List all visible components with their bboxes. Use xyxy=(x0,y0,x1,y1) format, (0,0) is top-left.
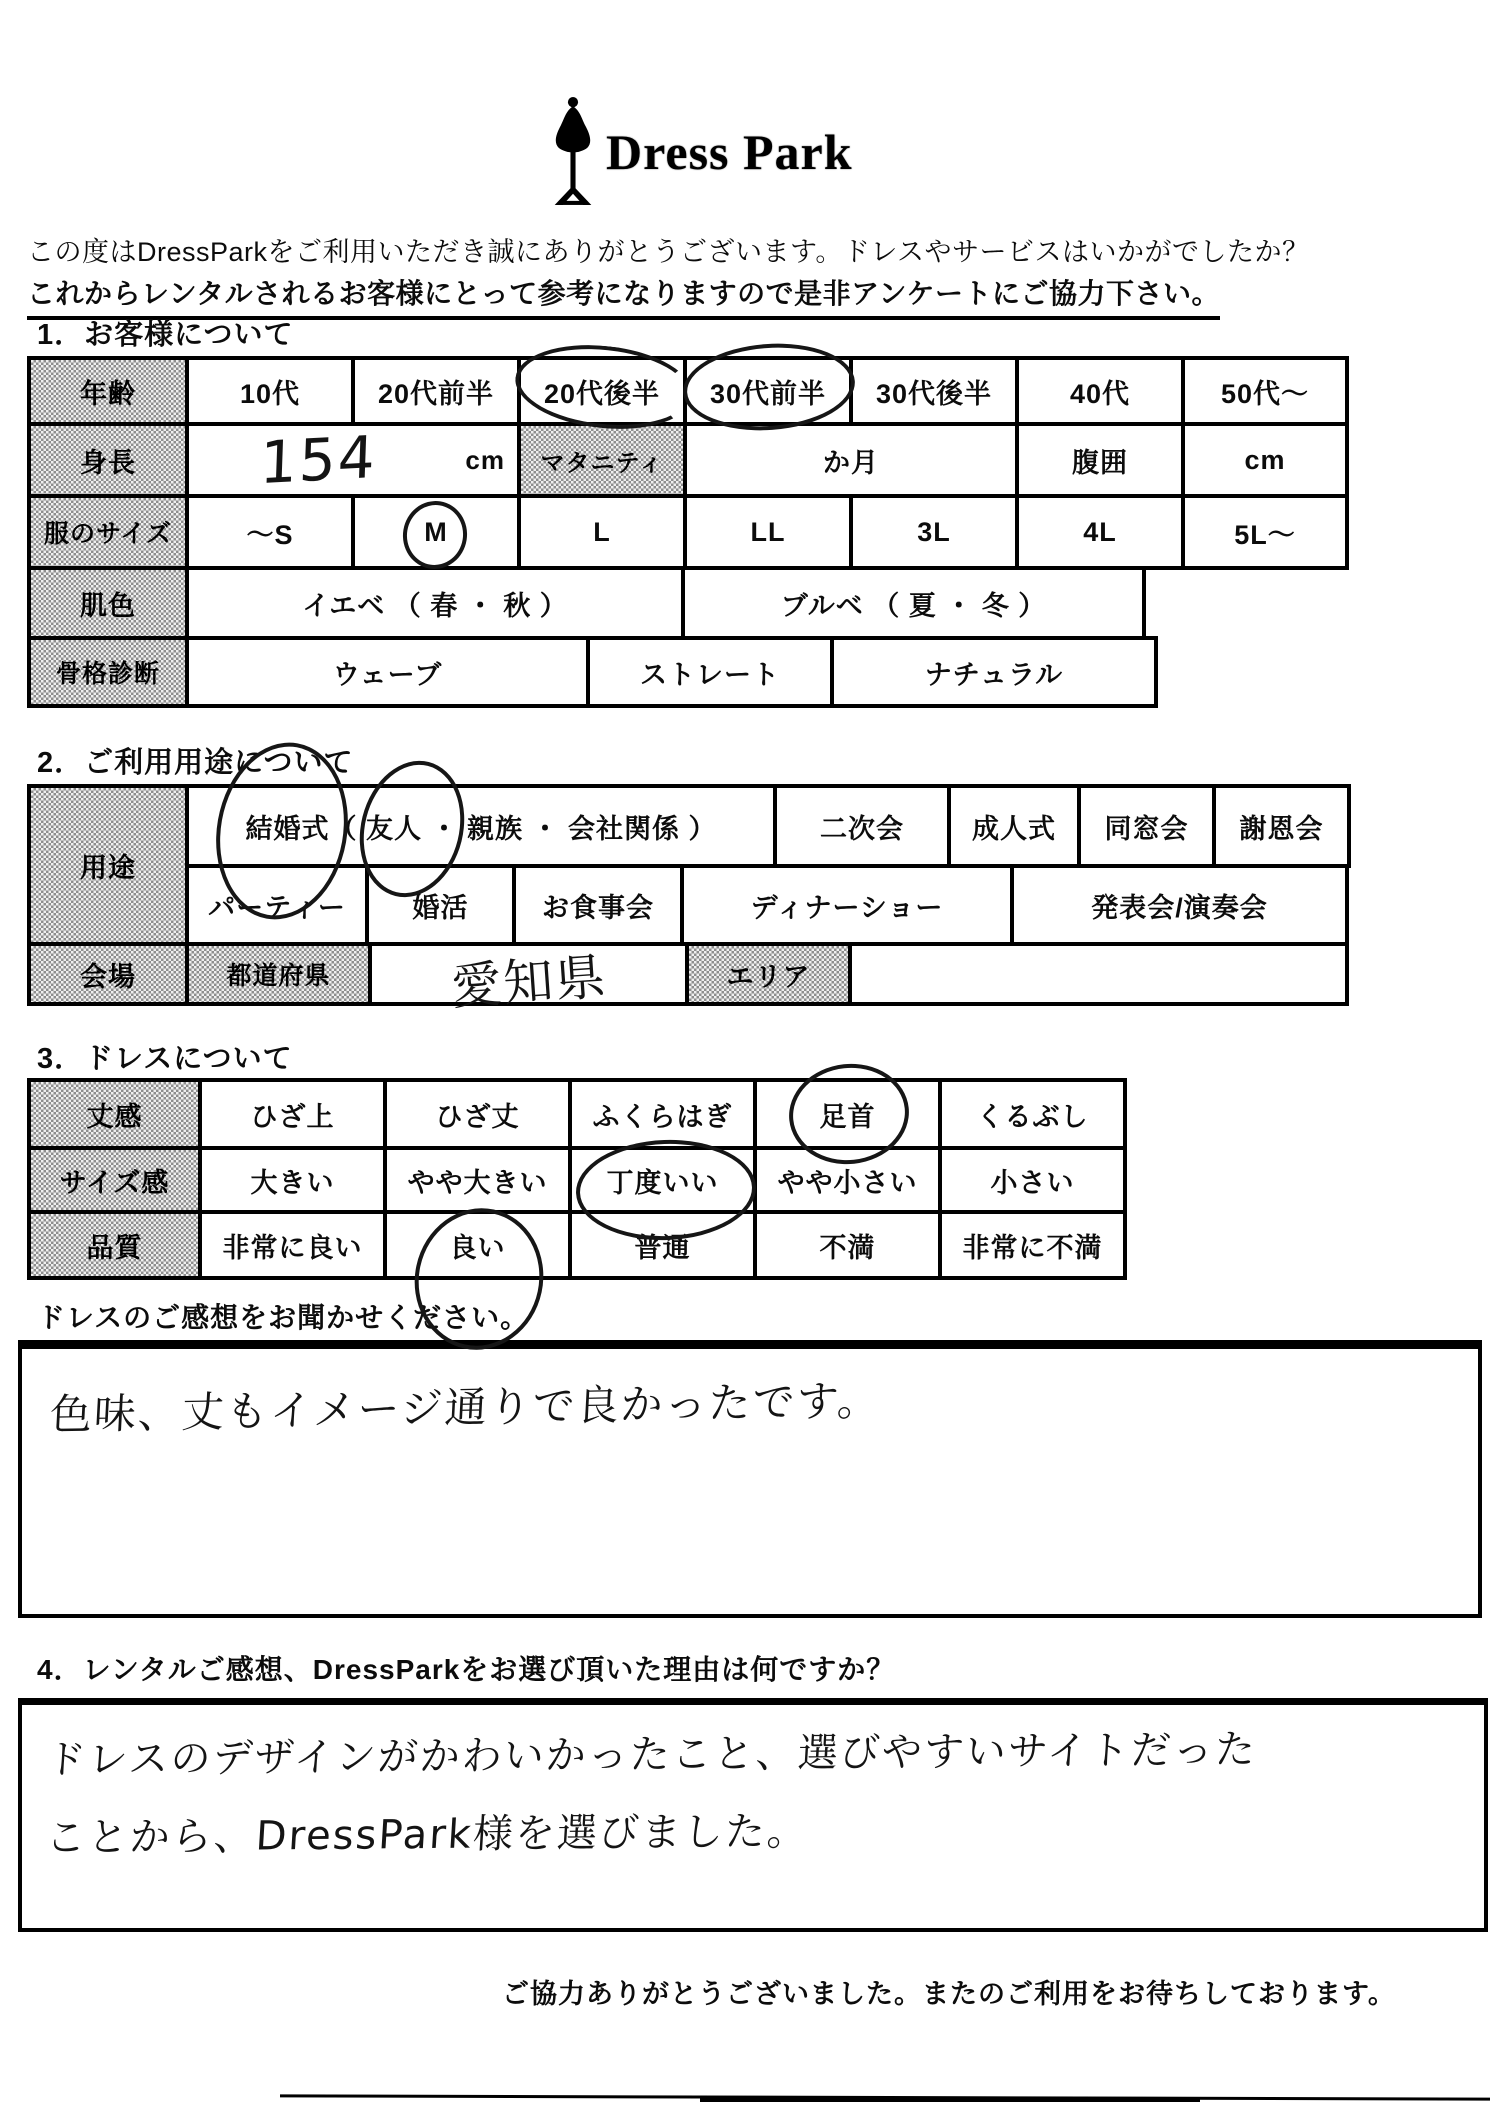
purpose-option-cell: 発表会/演奏会 xyxy=(1010,864,1349,946)
area-value-cell xyxy=(848,942,1349,1006)
height-unit: cm xyxy=(465,445,505,476)
purpose-row2: パーティー 婚活 お食事会 ディナーショー 発表会/演奏会 xyxy=(185,864,1351,946)
usage-table: 用途 結婚式（ 友人 ・ 親族 ・ 会社関係 ） 二次会 成人式 同窓会 謝恩会… xyxy=(27,784,1351,1006)
maternity-months-cell: か月 xyxy=(683,422,1019,498)
skin-option-cell: ブルベ （ 夏 ・ 冬 ） xyxy=(681,566,1146,640)
purpose-row1: 結婚式（ 友人 ・ 親族 ・ 会社関係 ） 二次会 成人式 同窓会 謝恩会 xyxy=(185,784,1351,868)
area-label-cell: エリア xyxy=(685,942,852,1006)
section4-heading: 4．レンタルご感想、DressParkをお選び頂いた理由は何ですか？ xyxy=(37,1648,895,1688)
purpose-option-cell: ディナーショー xyxy=(680,864,1014,946)
dress-comment-heading: ドレスのご感想をお聞かせください。 xyxy=(37,1296,529,1336)
rental-comment-handwritten-line1: ドレスのデザインがかわいかったこと、選びやすいサイトだった xyxy=(44,1718,1259,1786)
skeleton-option-cell: ナチュラル xyxy=(830,636,1158,708)
skin-option-cell: イエベ （ 春 ・ 秋 ） xyxy=(185,566,685,640)
logo-text: Dress Park xyxy=(606,123,853,181)
section2-heading: 2．ご利用用途について xyxy=(37,740,354,781)
age-option-cell: 10代 xyxy=(185,356,355,426)
fit-option-cell: やや大きい xyxy=(383,1146,572,1214)
size-option-label: M xyxy=(424,517,448,548)
venue-label-cell: 会場 xyxy=(27,942,189,1006)
quality-option-cell: 非常に不満 xyxy=(938,1210,1127,1280)
purpose-option-cell: 成人式 xyxy=(947,784,1081,868)
purpose-option-cell: 結婚式（ 友人 ・ 親族 ・ 会社関係 ） xyxy=(185,784,777,868)
maternity-label-cell: マタニティ xyxy=(517,422,687,498)
prefecture-value-cell: 愛知県 xyxy=(368,942,689,1006)
venue-row: 会場 都道府県 愛知県 エリア xyxy=(27,942,1351,1006)
quality-option-cell: 非常に良い xyxy=(198,1210,387,1280)
quality-option-label: 良い xyxy=(450,1226,506,1265)
section3-heading: 3．ドレスについて xyxy=(37,1036,293,1077)
purpose-option-cell: 婚活 xyxy=(365,864,516,946)
purpose-rows: 用途 結婚式（ 友人 ・ 親族 ・ 会社関係 ） 二次会 成人式 同窓会 謝恩会… xyxy=(27,784,1351,946)
length-option-cell: くるぶし xyxy=(938,1078,1127,1150)
age-option-cell: 40代 xyxy=(1015,356,1185,426)
purpose-options: 結婚式（ 友人 ・ 親族 ・ 会社関係 ） 二次会 成人式 同窓会 謝恩会 パー… xyxy=(185,784,1351,946)
rental-comment-box: ドレスのデザインがかわいかったこと、選びやすいサイトだった ことから、Dress… xyxy=(18,1698,1488,1932)
purpose-option-cell: 同窓会 xyxy=(1077,784,1216,868)
purpose-option-cell: パーティー xyxy=(185,864,369,946)
quality-option-cell: 良い xyxy=(383,1210,572,1280)
skeleton-option-cell: ウェーブ xyxy=(185,636,590,708)
size-option-cell: 3L xyxy=(849,494,1019,570)
skeleton-row: 骨格診断 ウェーブ ストレート ナチュラル xyxy=(27,636,1349,708)
rental-comment-handwritten-line2: ことから、DressPark様を選びました。 xyxy=(44,1800,811,1864)
quality-option-cell: 不満 xyxy=(753,1210,942,1280)
age-option-cell: 20代後半 xyxy=(517,356,687,426)
purpose-option-cell: 謝恩会 xyxy=(1212,784,1351,868)
girth-unit-cell: cm xyxy=(1181,422,1349,498)
girth-label-cell: 腹囲 xyxy=(1015,422,1185,498)
length-option-cell: ふくらはぎ xyxy=(568,1078,757,1150)
height-row: 身長 154 cm マタニティ か月 腹囲 cm xyxy=(27,422,1349,498)
length-row: 丈感 ひざ上 ひざ丈 ふくらはぎ 足首 くるぶし xyxy=(27,1078,1127,1150)
section1-heading: 1．お客様について xyxy=(37,312,294,353)
fit-option-cell: やや小さい xyxy=(753,1146,942,1214)
age-option-cell: 50代～ xyxy=(1181,356,1349,426)
skin-label-cell: 肌色 xyxy=(27,566,189,640)
purpose-label-cell: 用途 xyxy=(27,784,189,946)
dress-table: 丈感 ひざ上 ひざ丈 ふくらはぎ 足首 くるぶし サイズ感 大きい やや大きい … xyxy=(27,1078,1127,1280)
size-row: 服のサイズ ～S M L LL 3L 4L 5L～ xyxy=(27,494,1349,570)
age-option-cell: 30代前半 xyxy=(683,356,853,426)
length-option-cell: ひざ上 xyxy=(198,1078,387,1150)
quality-row: 品質 非常に良い 良い 普通 不満 非常に不満 xyxy=(27,1210,1127,1280)
age-row: 年齢 10代 20代前半 20代後半 30代前半 30代後半 40代 50代～ xyxy=(27,356,1349,426)
fit-option-cell: 丁度いい xyxy=(568,1146,757,1214)
age-label-cell: 年齢 xyxy=(27,356,189,426)
fit-option-label: 丁度いい xyxy=(607,1161,719,1200)
dress-comment-box: 色味、丈もイメージ通りで良かったです。 xyxy=(18,1340,1482,1618)
fit-label-cell: サイズ感 xyxy=(27,1146,202,1214)
fit-option-cell: 小さい xyxy=(938,1146,1127,1214)
size-label-cell: 服のサイズ xyxy=(27,494,189,570)
length-option-cell: 足首 xyxy=(753,1078,942,1150)
purpose-option-cell: お食事会 xyxy=(512,864,684,946)
height-label-cell: 身長 xyxy=(27,422,189,498)
customer-table: 年齢 10代 20代前半 20代後半 30代前半 30代後半 40代 50代～ … xyxy=(27,356,1349,708)
length-option-cell: ひざ丈 xyxy=(383,1078,572,1150)
fit-option-cell: 大きい xyxy=(198,1146,387,1214)
height-handwritten-value: 154 xyxy=(259,423,378,497)
purpose-option-cell: 二次会 xyxy=(773,784,951,868)
age-option-label: 30代前半 xyxy=(710,372,826,411)
dresspark-logo: Dress Park xyxy=(540,96,853,208)
prefecture-label-cell: 都道府県 xyxy=(185,942,372,1006)
quality-label-cell: 品質 xyxy=(27,1210,202,1280)
purpose-option-label: 結婚式（ 友人 ・ 親族 ・ 会社関係 ） xyxy=(245,807,716,846)
quality-option-cell: 普通 xyxy=(568,1210,757,1280)
prefecture-handwritten-value: 愛知県 xyxy=(448,937,609,1020)
size-option-cell: LL xyxy=(683,494,853,570)
intro-line1: この度はDressParkをご利用いただき誠にありがとうございます。ドレスやサー… xyxy=(27,230,1310,269)
size-option-cell: M xyxy=(351,494,521,570)
height-value-cell: 154 cm xyxy=(185,422,521,498)
length-option-label: 足首 xyxy=(820,1095,876,1134)
fit-row: サイズ感 大きい やや大きい 丁度いい やや小さい 小さい xyxy=(27,1146,1127,1214)
scanned-questionnaire-page: Dress Park この度はDressParkをご利用いただき誠にありがとうご… xyxy=(0,0,1500,2127)
age-option-cell: 30代後半 xyxy=(849,356,1019,426)
size-option-cell: 4L xyxy=(1015,494,1185,570)
size-option-cell: ～S xyxy=(185,494,355,570)
size-option-cell: L xyxy=(517,494,687,570)
skin-row: 肌色 イエベ （ 春 ・ 秋 ） ブルベ （ 夏 ・ 冬 ） xyxy=(27,566,1349,640)
age-option-label: 20代後半 xyxy=(544,372,660,411)
selection-circle xyxy=(402,1196,557,1362)
scan-artifact-line xyxy=(700,2097,1200,2102)
size-option-cell: 5L～ xyxy=(1181,494,1349,570)
footer-thanks-text: ご協力ありがとうございました。またのご利用をお待ちしております。 xyxy=(502,1972,1396,2011)
skeleton-option-cell: ストレート xyxy=(586,636,834,708)
dress-comment-handwritten: 色味、丈もイメージ通りで良かったです。 xyxy=(48,1368,882,1443)
skeleton-label-cell: 骨格診断 xyxy=(27,636,189,708)
length-label-cell: 丈感 xyxy=(27,1078,202,1150)
dress-form-icon xyxy=(540,96,606,208)
age-option-cell: 20代前半 xyxy=(351,356,521,426)
